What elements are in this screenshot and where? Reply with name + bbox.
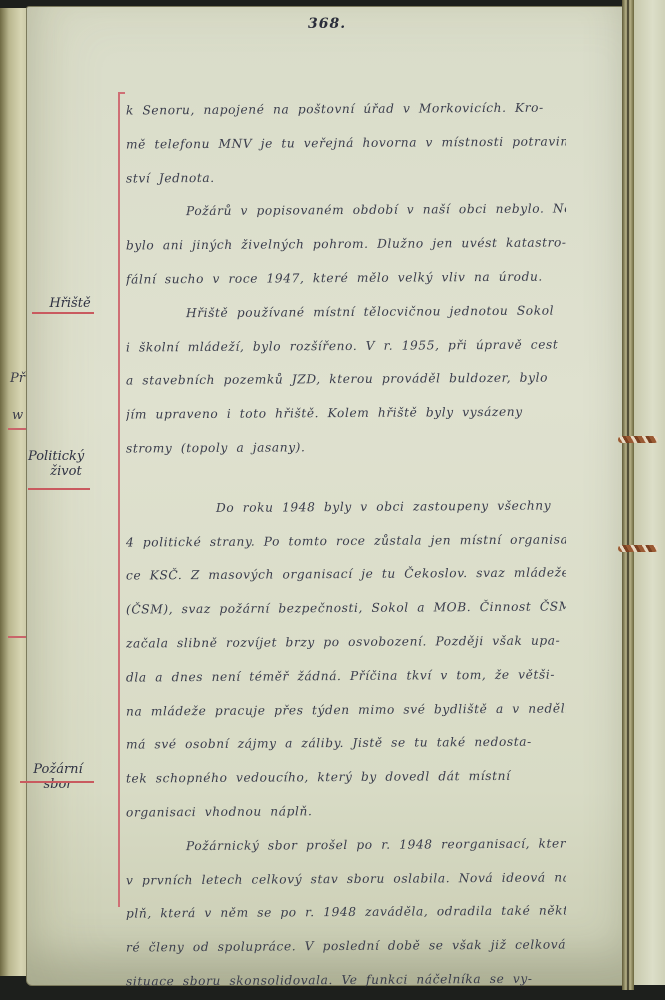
- text-line: plň, která v něm se po r. 1948 zaváděla,…: [126, 895, 566, 932]
- paragraph-telephone: k Senoru, napojené na poštovní úřad v Mo…: [126, 93, 566, 194]
- text-line: fální sucho v roce 1947, které mělo velk…: [126, 260, 566, 297]
- text-line: i školní mládeží, bylo rozšířeno. V r. 1…: [126, 328, 566, 365]
- text-line: má své osobní zájmy a záliby. Jistě se t…: [126, 726, 566, 763]
- text-line: stromy (topoly a jasany).: [126, 429, 566, 466]
- underpage-stub: w: [12, 408, 23, 423]
- margin-note-line: život: [28, 464, 90, 479]
- text-line: Hřiště používané místní tělocvičnou jedn…: [126, 294, 566, 331]
- margin-note-underline: [32, 312, 94, 314]
- text-line: situace sboru skonsolidovala. Ve funkci …: [126, 962, 566, 999]
- next-page-edge: [634, 0, 665, 985]
- page-number: 368.: [308, 16, 346, 32]
- paragraph-political-life: Do roku 1948 byly v obci zastoupeny všec…: [126, 491, 566, 829]
- text-line: dla a dnes není téměř žádná. Příčina tkv…: [126, 658, 566, 695]
- margin-note-line: Hřiště: [40, 296, 100, 311]
- text-line: jím upraveno i toto hřiště. Kolem hřiště…: [126, 396, 566, 433]
- text-line: v prvních letech celkový stav sboru osla…: [126, 861, 566, 898]
- underpage-red-underline: [8, 636, 28, 638]
- margin-note-underline: [28, 488, 90, 490]
- margin-note-line: Politický: [28, 449, 90, 464]
- text-line: začala slibně rozvíjet brzy po osvobozen…: [126, 624, 566, 661]
- text-line: ství Jednota.: [126, 159, 566, 196]
- underpage-stub: Př: [10, 371, 25, 386]
- underpage-red-underline: [8, 428, 28, 430]
- margin-note-line: Požární sbor: [18, 762, 98, 792]
- text-line: organisaci vhodnou náplň.: [126, 793, 566, 830]
- margin-note-pozarni-sbor: Požární sbor: [18, 762, 98, 792]
- text-line: a stavebních pozemků JZD, kterou provádě…: [126, 362, 566, 399]
- text-line: na mládeže pracuje přes týden mimo své b…: [126, 692, 566, 729]
- text-line: (ČSM), svaz požární bezpečnosti, Sokol a…: [126, 591, 566, 628]
- text-line: Požárnický sbor prošel po r. 1948 reorga…: [126, 827, 566, 864]
- text-line: Požárů v popisovaném období v naší obci …: [126, 193, 566, 230]
- binding-string-lower: [618, 545, 658, 552]
- text-line: ré členy od spolupráce. V poslední době …: [126, 929, 566, 966]
- text-line: ce KSČ. Z masových organisací je tu Čeko…: [126, 557, 566, 594]
- margin-note-underline: [20, 781, 94, 783]
- margin-note-politicky-zivot: Politický život: [28, 449, 90, 479]
- text-line: 4 politické strany. Po tomto roce zůstal…: [126, 523, 566, 560]
- paragraph-fires: Požárů v popisovaném období v naší obci …: [126, 194, 566, 295]
- text-line: bylo ani jiných živelných pohrom. Dlužno…: [126, 227, 566, 264]
- text-line: tek schopného vedoucího, který by dovedl…: [126, 760, 566, 797]
- handwritten-body: k Senoru, napojené na poštovní úřad v Mo…: [126, 93, 566, 998]
- text-line: k Senoru, napojené na poštovní úřad v Mo…: [126, 91, 566, 128]
- binding-string-upper: [618, 436, 658, 443]
- paragraph-fire-brigade: Požárnický sbor prošel po r. 1948 reorga…: [126, 829, 566, 998]
- margin-note-hriste: Hřiště: [40, 296, 100, 311]
- book-binding: [622, 0, 634, 990]
- text-line: Do roku 1948 byly v obci zastoupeny všec…: [126, 489, 566, 526]
- text-line: mě telefonu MNV je tu veřejná hovorna v …: [126, 125, 566, 162]
- paragraph-playground: Hřiště používané místní tělocvičnou jedn…: [126, 296, 566, 465]
- margin-rule: [118, 92, 120, 907]
